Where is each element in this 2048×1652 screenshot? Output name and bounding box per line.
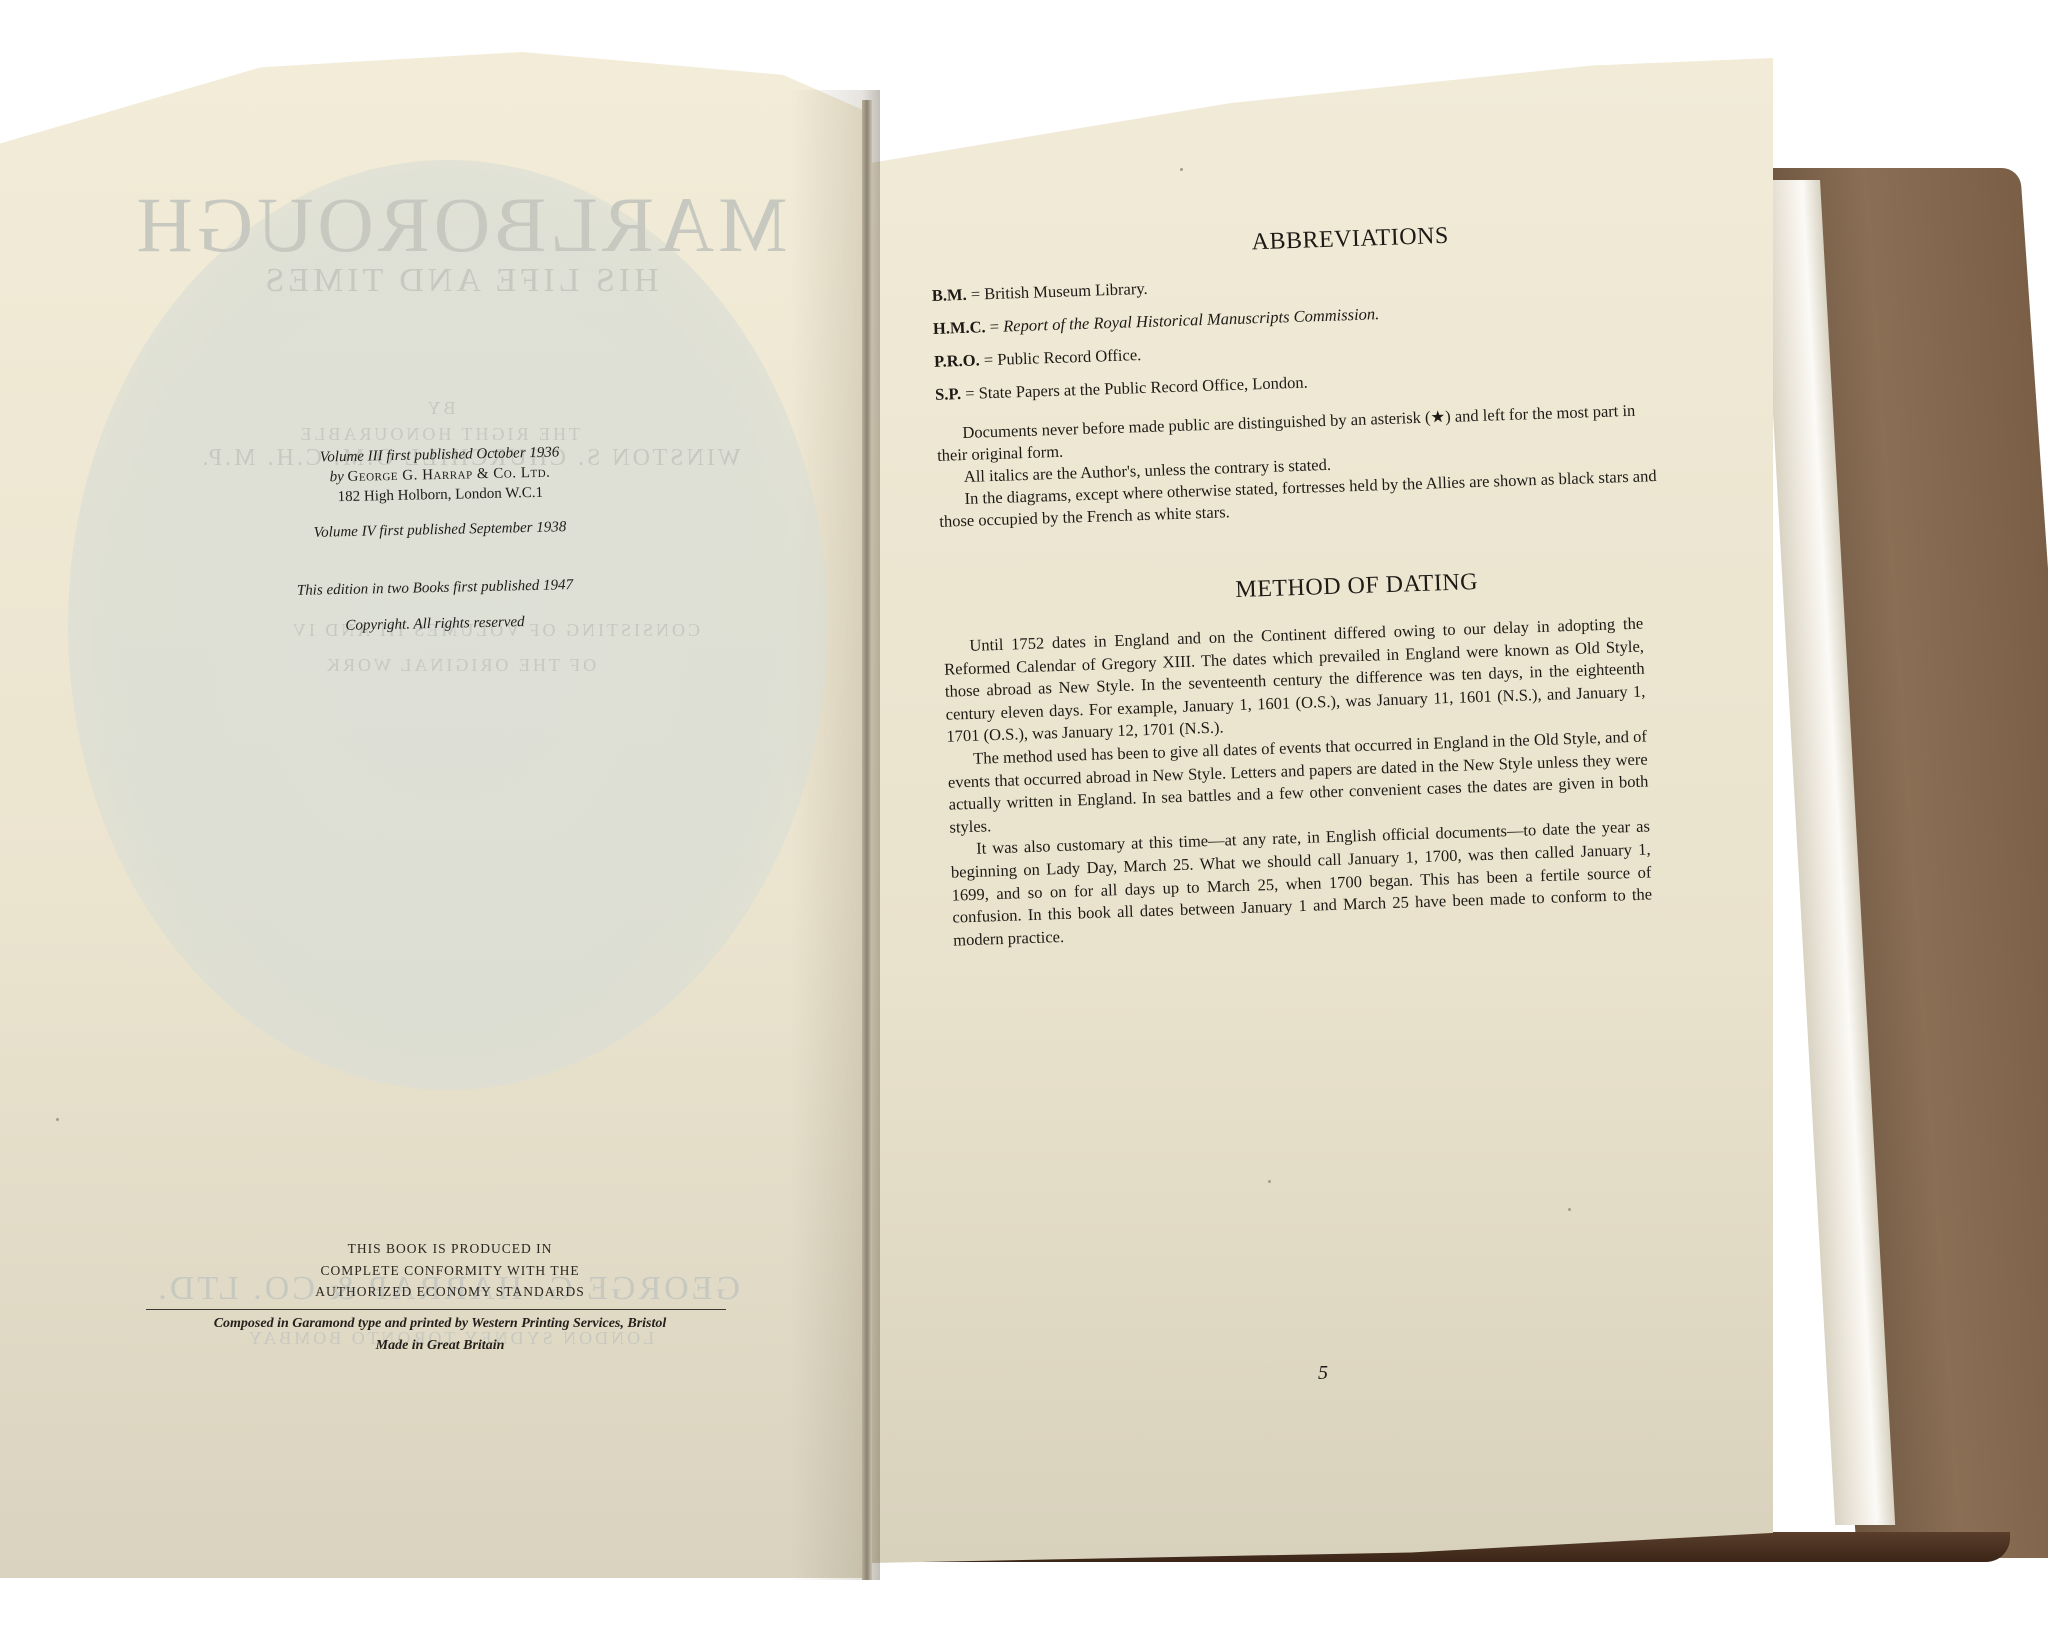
equals-sign: = xyxy=(961,383,979,403)
standards-line-2: COMPLETE CONFORMITY WITH THE xyxy=(290,1260,610,1282)
economy-standards-notice: THIS BOOK IS PRODUCED IN COMPLETE CONFOR… xyxy=(290,1238,610,1303)
divider-rule xyxy=(146,1309,726,1310)
show-through-title: MARLBOROUGH xyxy=(130,180,790,270)
abbreviation-meaning: British Museum Library. xyxy=(984,279,1148,303)
show-through-subtitle: HIS LIFE AND TIMES xyxy=(220,262,700,300)
abbreviation-notes: Documents never before made public are d… xyxy=(936,399,1659,533)
abbreviation-term: S.P. xyxy=(935,384,962,404)
abbreviation-term: B.M. xyxy=(932,285,967,305)
imprint-volume-3: Volume III first published October 1936 … xyxy=(279,442,600,509)
imprint-by: by xyxy=(329,469,347,485)
method-of-dating-heading: METHOD OF DATING xyxy=(942,563,1662,614)
abbreviation-meaning: State Papers at the Public Record Office… xyxy=(978,373,1308,403)
paper-speck xyxy=(1568,1208,1571,1211)
book-gutter xyxy=(862,100,872,1580)
equals-sign: = xyxy=(966,284,984,304)
printer-line-2: Made in Great Britain xyxy=(140,1335,740,1357)
printer-line-1: Composed in Garamond type and printed by… xyxy=(140,1313,740,1335)
method-of-dating-text: Until 1752 dates in England and on the C… xyxy=(943,613,1653,952)
printer-credit: Composed in Garamond type and printed by… xyxy=(140,1313,740,1357)
show-through-by: BY xyxy=(400,398,480,419)
equals-sign: = xyxy=(979,350,997,370)
equals-sign: = xyxy=(985,317,1003,337)
paper-speck xyxy=(1268,1180,1271,1183)
right-page-content: ABBREVIATIONS B.M. = British Museum Libr… xyxy=(930,216,1673,952)
page-number: 5 xyxy=(1318,1362,1328,1385)
paper-speck xyxy=(1180,168,1183,171)
abbreviation-meaning: Report of the Royal Historical Manuscrip… xyxy=(1003,304,1380,335)
abbreviation-term: H.M.C. xyxy=(933,317,986,338)
show-through-original: OF THE ORIGINAL WORK xyxy=(300,655,620,676)
paper-speck xyxy=(56,1118,59,1121)
standards-line-1: THIS BOOK IS PRODUCED IN xyxy=(290,1238,610,1260)
body-paragraph: It was also customary at this time—at an… xyxy=(950,816,1653,952)
imprint-publisher: George G. Harrap & Co. Ltd. xyxy=(347,465,550,485)
show-through-honorific: THE RIGHT HONOURABLE xyxy=(320,424,580,445)
abbreviation-meaning: Public Record Office. xyxy=(997,345,1142,369)
abbreviation-term: P.R.O. xyxy=(934,350,980,371)
standards-line-3: AUTHORIZED ECONOMY STANDARDS xyxy=(290,1281,610,1303)
